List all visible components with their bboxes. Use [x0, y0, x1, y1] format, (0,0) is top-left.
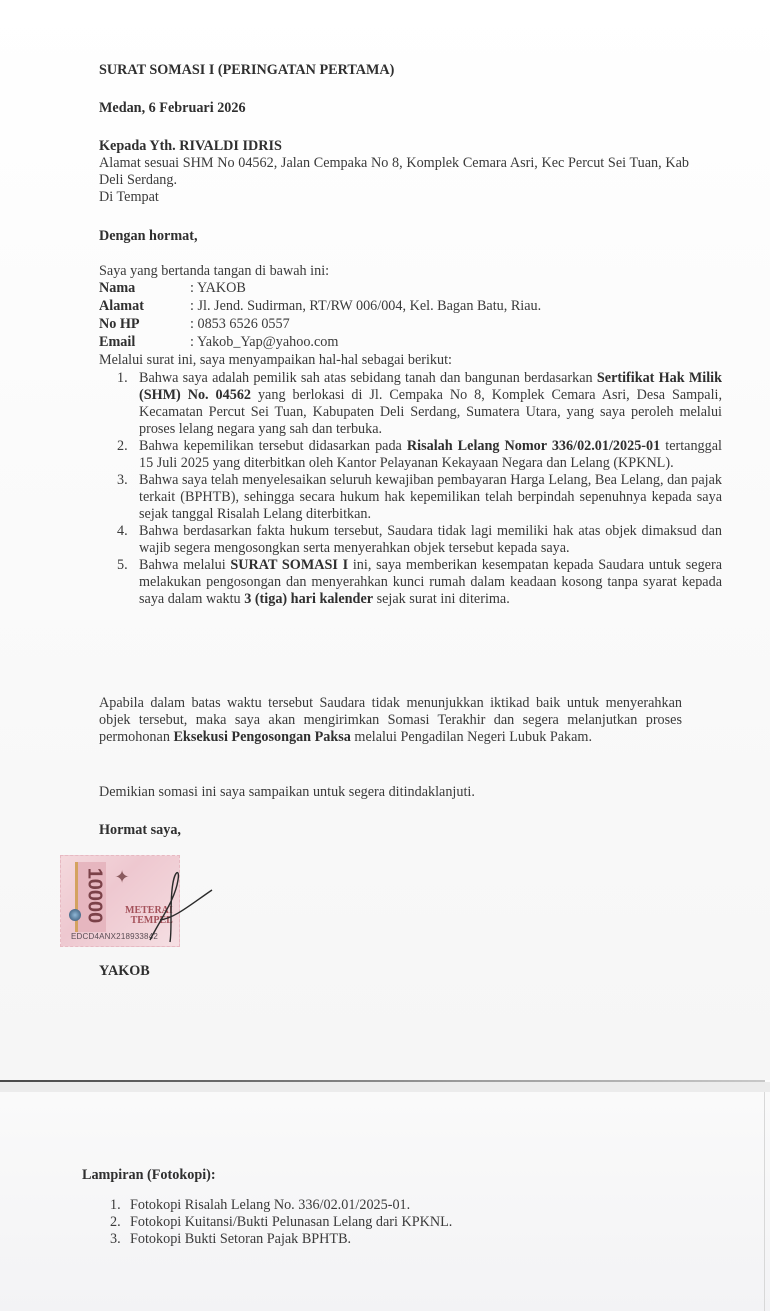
field-label-name: Nama [99, 280, 135, 297]
field-value-email: : Yakob_Yap@yahoo.com [190, 334, 338, 351]
text-run: Bahwa saya telah menyelesaikan seluruh k… [139, 472, 722, 522]
sender-intro: Saya yang bertanda tangan di bawah ini: [99, 263, 329, 280]
stamp-denomination: 10000 [82, 868, 105, 924]
list-number: 5. [117, 557, 128, 574]
page-gap [0, 1082, 770, 1092]
place-date: Medan, 6 Februari 2026 [99, 100, 246, 117]
sign-off: Hormat saya, [99, 822, 181, 839]
attachment-text: Fotokopi Risalah Lelang No. 336/02.01/20… [130, 1197, 410, 1213]
bold-text: SURAT SOMASI I [230, 557, 348, 573]
greeting: Dengan hormat, [99, 228, 198, 245]
field-value-name: : YAKOB [190, 280, 246, 297]
text-run: Bahwa saya adalah pemilik sah atas sebid… [139, 370, 597, 386]
attachment-item: 3.Fotokopi Bukti Setoran Pajak BPHTB. [130, 1231, 452, 1248]
points-list: 1.Bahwa saya adalah pemilik sah atas seb… [99, 370, 722, 608]
bold-text: Eksekusi Pengosongan Paksa [173, 729, 350, 745]
recipient-address: Alamat sesuai SHM No 04562, Jalan Cempak… [99, 155, 689, 189]
closing-paragraph: Apabila dalam batas waktu tersebut Sauda… [99, 695, 682, 746]
page-2-edge [764, 1092, 765, 1311]
list-number: 2. [110, 1214, 121, 1231]
list-number: 1. [110, 1197, 121, 1214]
attachments-list: 1.Fotokopi Risalah Lelang No. 336/02.01/… [110, 1197, 452, 1248]
signer-name: YAKOB [99, 963, 150, 980]
attachments-heading: Lampiran (Fotokopi): [82, 1167, 216, 1184]
letter-title: SURAT SOMASI I (PERINGATAN PERTAMA) [99, 62, 394, 79]
signature-icon [130, 860, 220, 950]
text-run: Bahwa melalui [139, 557, 230, 573]
recipient-line: Kepada Yth. RIVALDI IDRIS [99, 138, 282, 155]
list-number: 4. [117, 523, 128, 540]
list-number: 3. [110, 1231, 121, 1248]
field-label-email: Email [99, 334, 135, 351]
hologram-icon [69, 909, 81, 921]
text-run: Bahwa kepemilikan tersebut didasarkan pa… [139, 438, 407, 454]
attachment-item: 2.Fotokopi Kuitansi/Bukti Pelunasan Lela… [130, 1214, 452, 1231]
recipient-place: Di Tempat [99, 189, 159, 206]
field-value-phone: : 0853 6526 0557 [190, 316, 290, 333]
list-item: 4.Bahwa berdasarkan fakta hukum tersebut… [139, 523, 722, 557]
field-label-address: Alamat [99, 298, 144, 315]
list-number: 1. [117, 370, 128, 387]
text-run: Bahwa berdasarkan fakta hukum tersebut, … [139, 523, 722, 556]
field-value-address: : Jl. Jend. Sudirman, RT/RW 006/004, Kel… [190, 298, 541, 315]
demikian-line: Demikian somasi ini saya sampaikan untuk… [99, 784, 475, 801]
list-item: 2.Bahwa kepemilikan tersebut didasarkan … [139, 438, 722, 472]
attachment-item: 1.Fotokopi Risalah Lelang No. 336/02.01/… [130, 1197, 452, 1214]
list-item: 1.Bahwa saya adalah pemilik sah atas seb… [139, 370, 722, 438]
stamp-denomination-bar: 10000 [75, 862, 106, 932]
attachment-text: Fotokopi Kuitansi/Bukti Pelunasan Lelang… [130, 1214, 452, 1230]
text-run: sejak surat ini diterima. [373, 591, 510, 607]
text-run: melalui Pengadilan Negeri Lubuk Pakam. [351, 729, 592, 745]
attachment-text: Fotokopi Bukti Setoran Pajak BPHTB. [130, 1231, 351, 1247]
bold-text: Risalah Lelang Nomor 336/02.01/2025-01 [407, 438, 660, 454]
list-item: 5.Bahwa melalui SURAT SOMASI I ini, saya… [139, 557, 722, 608]
list-item: 3.Bahwa saya telah menyelesaikan seluruh… [139, 472, 722, 523]
bold-text: 3 (tiga) hari kalender [244, 591, 373, 607]
list-number: 2. [117, 438, 128, 455]
field-label-phone: No HP [99, 316, 140, 333]
list-number: 3. [117, 472, 128, 489]
points-intro: Melalui surat ini, saya menyampaikan hal… [99, 352, 452, 369]
